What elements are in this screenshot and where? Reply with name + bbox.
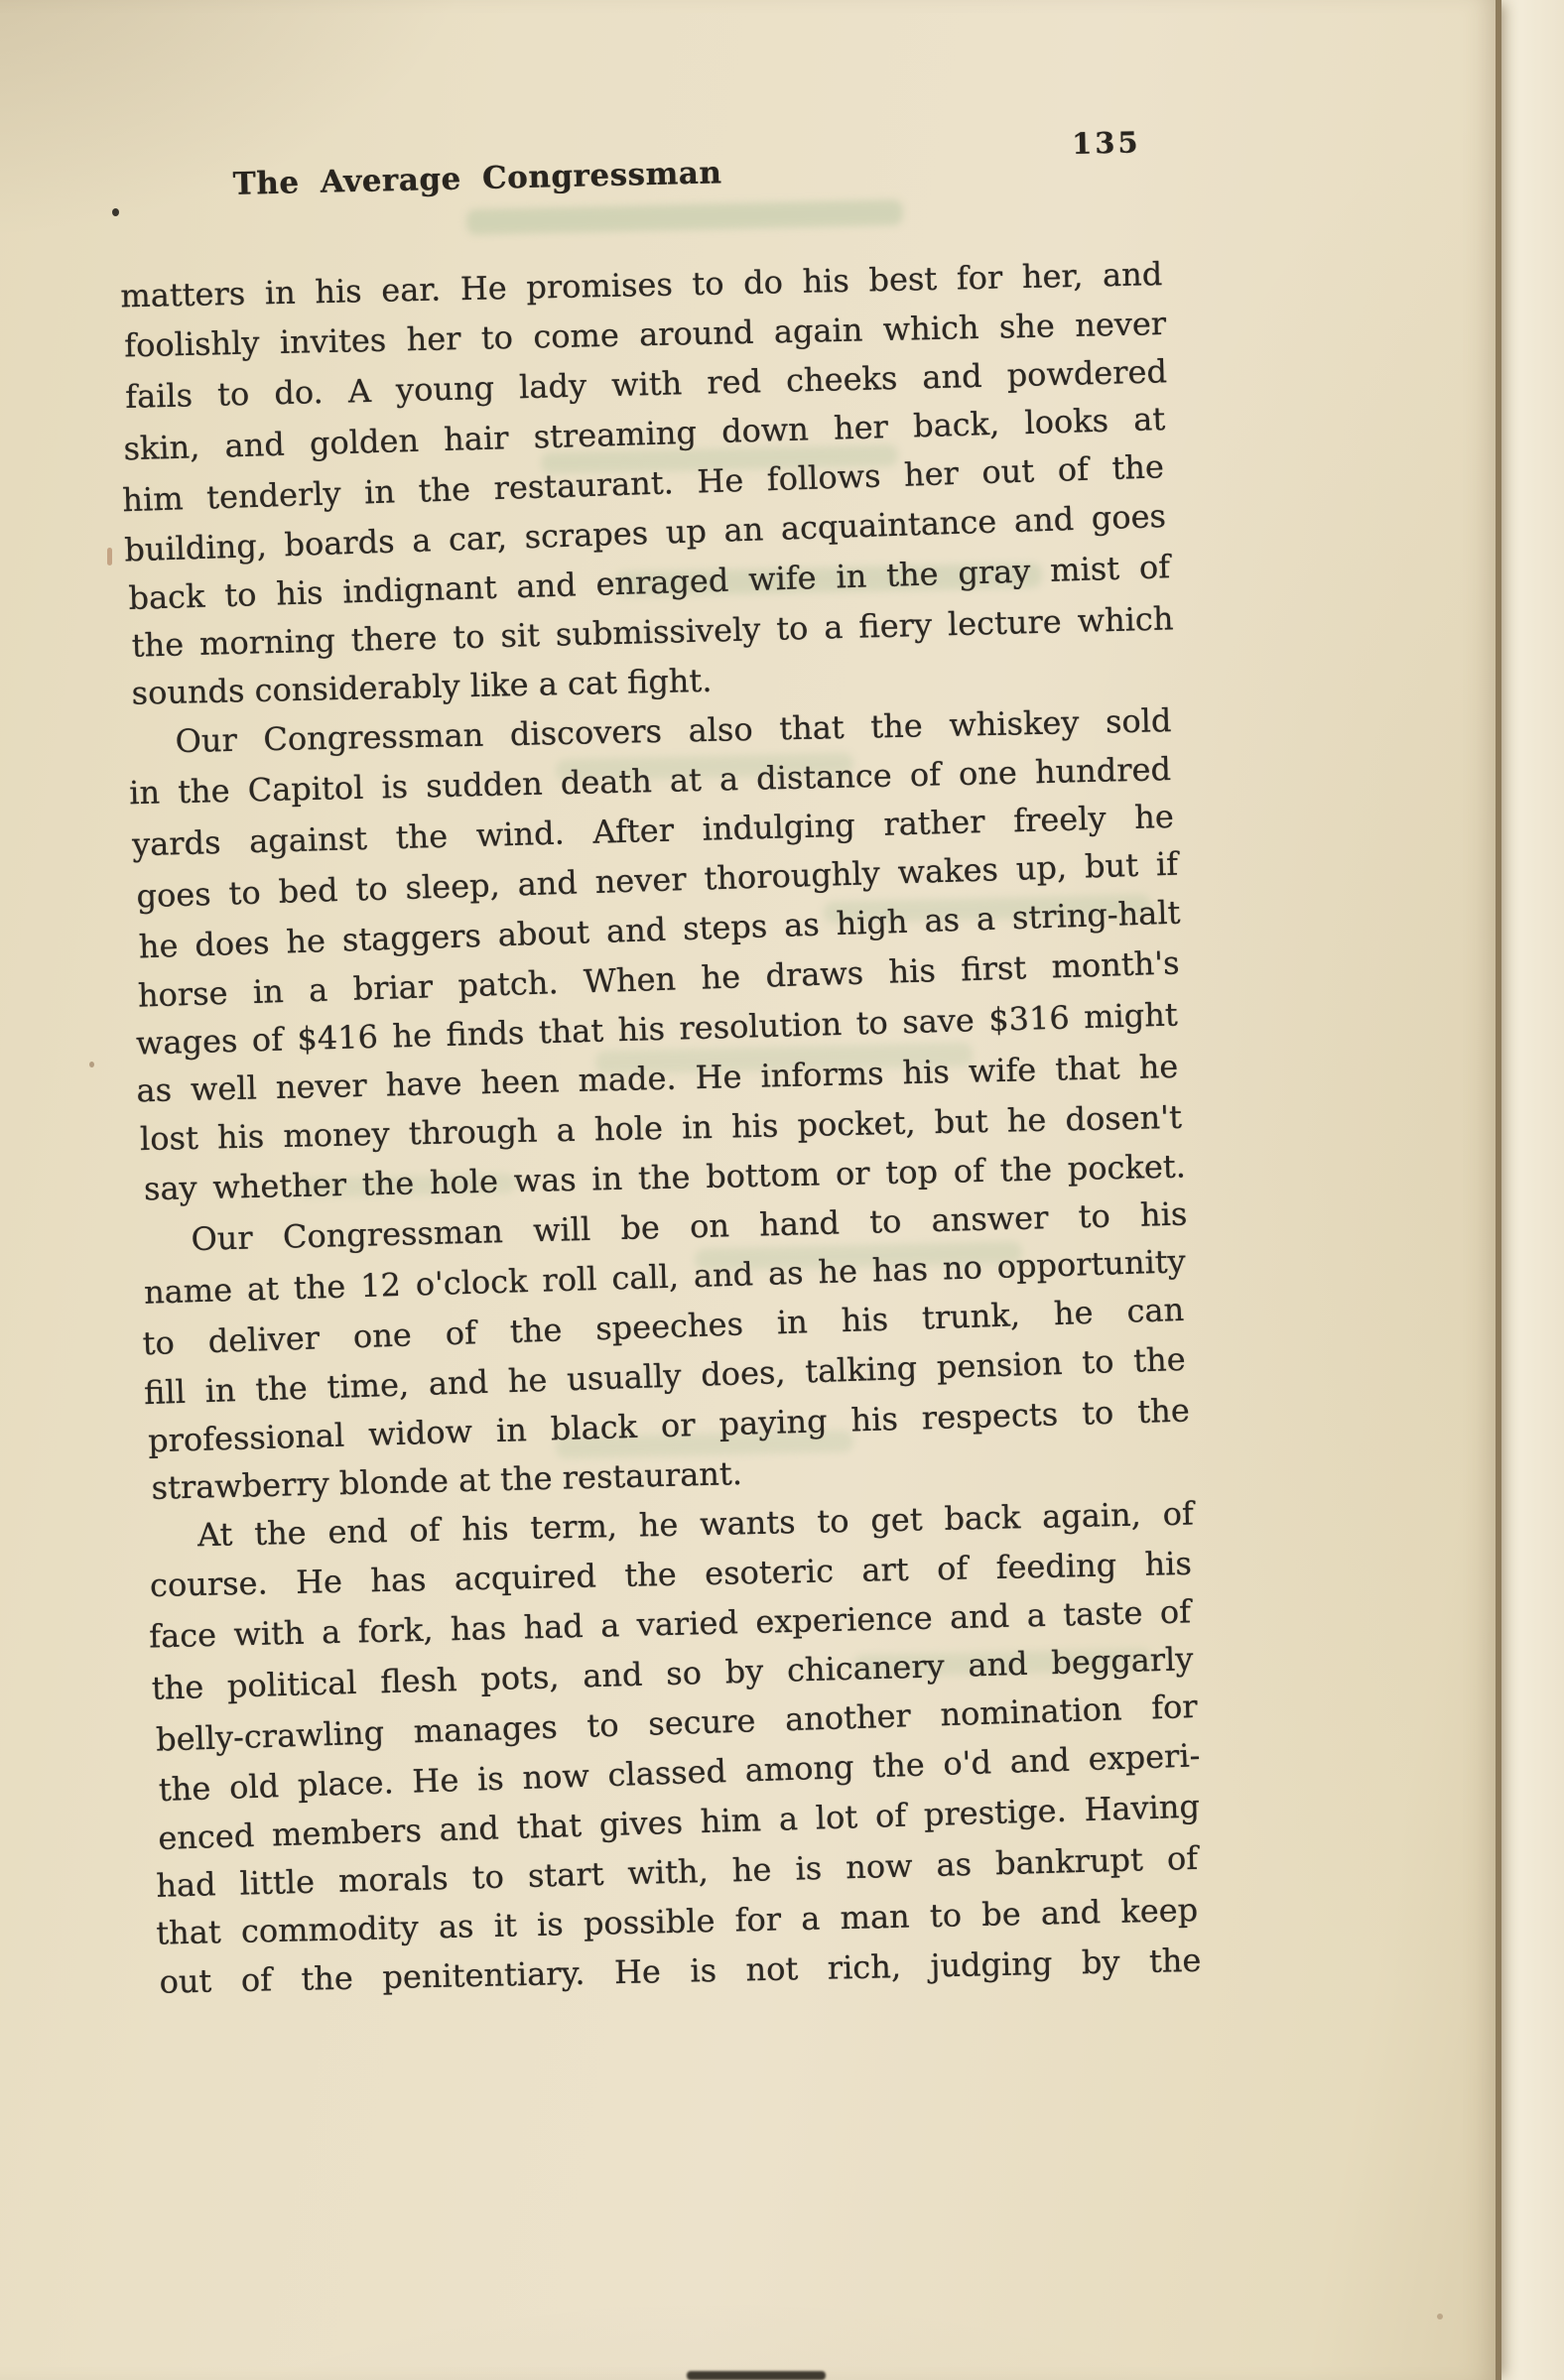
page-number: 135	[1072, 125, 1141, 161]
page-body-text: matters in his ear. He promises to do hi…	[120, 248, 1203, 2008]
paper-fleck	[107, 548, 112, 565]
paper-fleck	[1437, 2314, 1443, 2319]
adjacent-page-edge	[1495, 0, 1564, 2380]
page-header: The Average Congressman 135	[117, 135, 1160, 215]
ink-speck	[112, 208, 119, 216]
paper-fleck	[89, 1062, 94, 1067]
scanned-page: The Average Congressman 135 matters in h…	[0, 0, 1564, 2380]
book-page: The Average Congressman 135 matters in h…	[0, 0, 1501, 2380]
scan-edge-smudge	[687, 2371, 826, 2380]
running-title: The Average Congressman	[232, 155, 721, 202]
page-content: The Average Congressman 135 matters in h…	[117, 135, 1203, 2008]
